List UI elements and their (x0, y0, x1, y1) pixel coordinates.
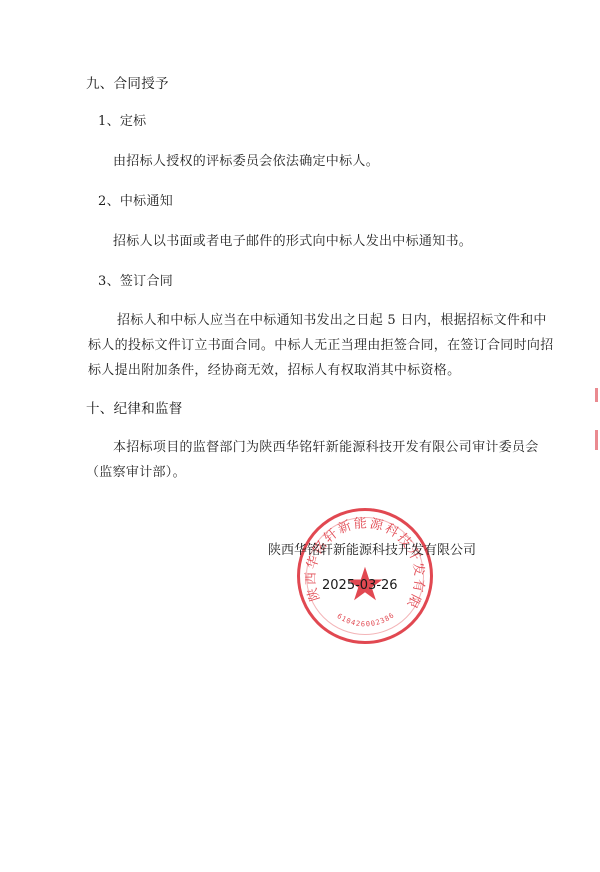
section-10-line-2: （监察审计部）。 (86, 461, 186, 480)
subsection-2-text: 招标人以书面或者电子邮件的形式向中标人发出中标通知书。 (113, 230, 472, 249)
section-10-heading: 十、纪律和监督 (86, 397, 183, 417)
subsection-1-heading: 1、定标 (98, 110, 146, 129)
signature-date: 2025-03-26 (322, 578, 398, 593)
edge-seal-mark (595, 388, 598, 402)
subsection-3-line-1: 招标人和中标人应当在中标通知书发出之日起 5 日内，根据招标文件和中 (117, 309, 547, 328)
section-10-line-1: 本招标项目的监督部门为陕西华铭轩新能源科技开发有限公司审计委员会 (113, 436, 539, 455)
document-page: 九、合同授予 1、定标 由招标人授权的评标委员会依法确定中标人。 2、中标通知 … (0, 0, 600, 872)
section-9-heading: 九、合同授予 (86, 72, 169, 92)
signature-company-name: 陕西华铭轩新能源科技开发有限公司 (268, 539, 476, 558)
subsection-3-line-2: 标人的投标文件订立书面合同。中标人无正当理由拒签合同，在签订合同时向招 (88, 334, 554, 353)
subsection-3-heading: 3、签订合同 (98, 270, 173, 289)
subsection-3-line-3: 标人提出附加条件，经协商无效，招标人有权取消其中标资格。 (88, 359, 460, 378)
company-seal: 陕西华铭轩新能源科技开发有限公司 6104260023868 ★ (297, 508, 433, 644)
edge-seal-mark (595, 430, 598, 450)
subsection-2-heading: 2、中标通知 (98, 190, 173, 209)
subsection-1-text: 由招标人授权的评标委员会依法确定中标人。 (113, 150, 379, 169)
